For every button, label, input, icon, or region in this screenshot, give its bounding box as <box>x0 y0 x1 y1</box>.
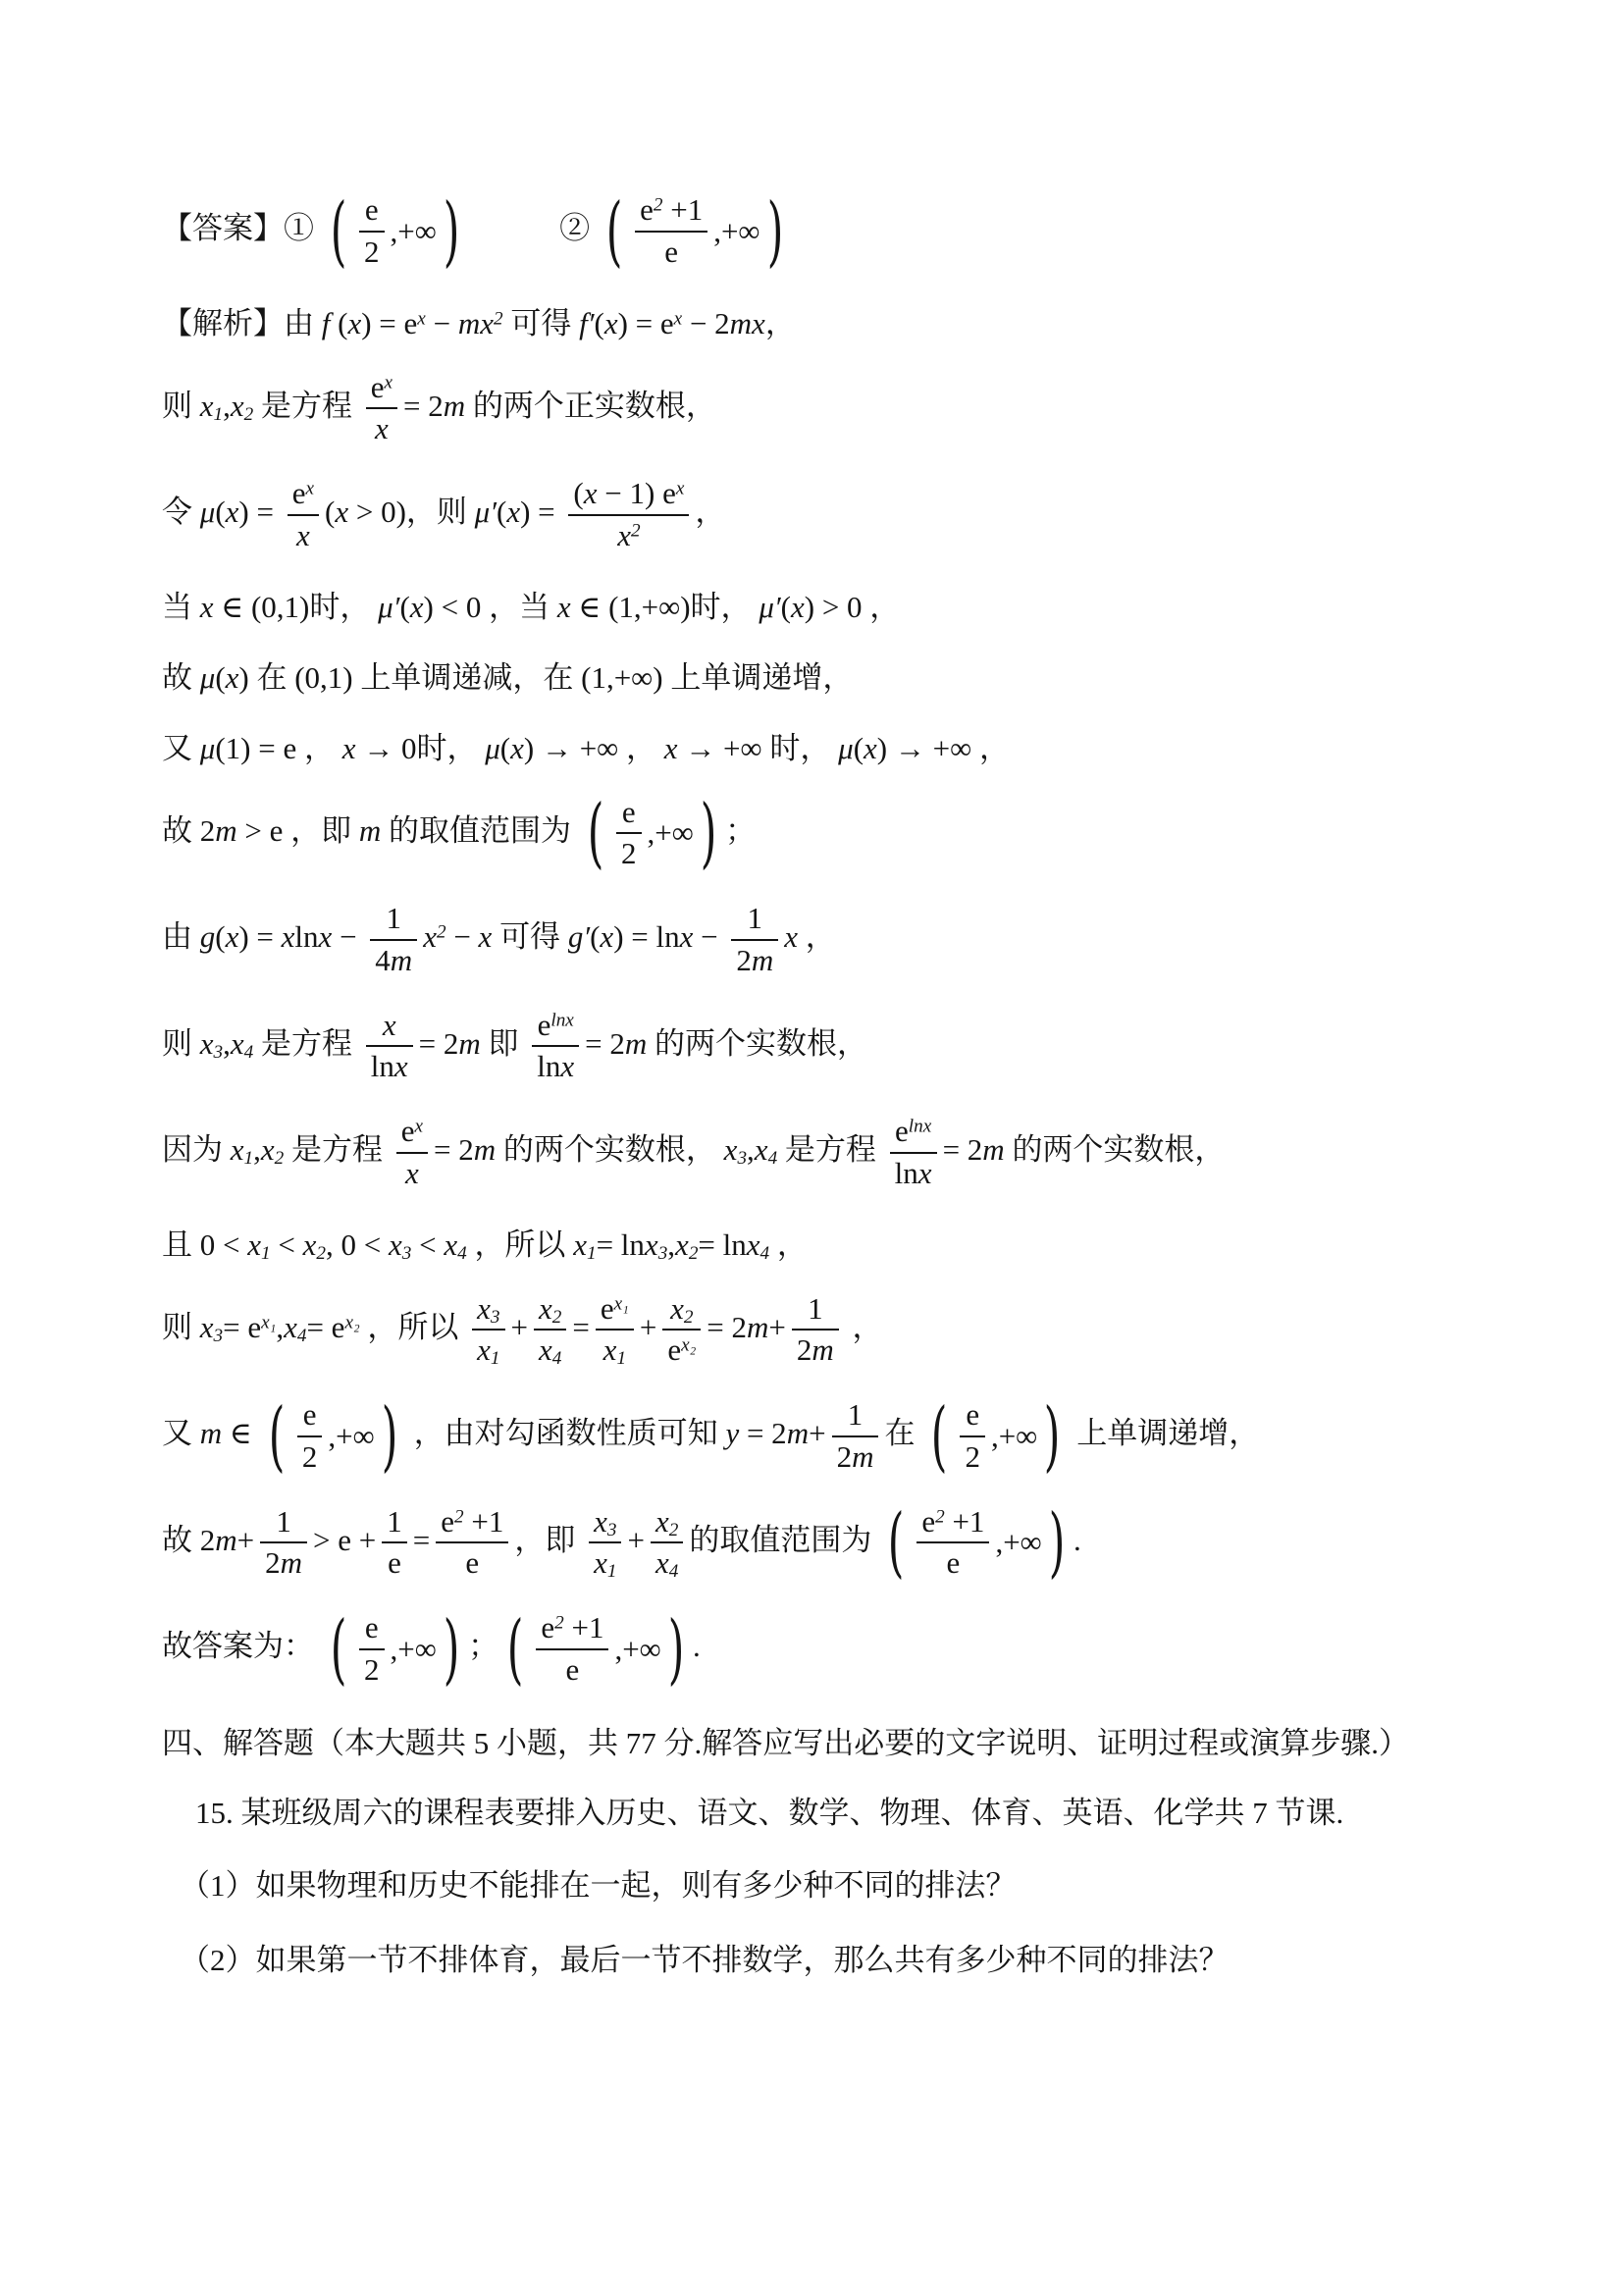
superscript: x <box>676 478 685 498</box>
math-variable: x <box>573 1227 587 1262</box>
math-text: ) = <box>520 495 562 529</box>
math-text: e <box>947 1545 961 1580</box>
superscript: 2 <box>494 308 503 329</box>
math-variable: x <box>200 1309 214 1343</box>
math-variable: x <box>296 518 310 552</box>
fraction: xlnx <box>366 1007 413 1087</box>
math-text: 2 <box>621 836 637 870</box>
math-text: ln <box>537 1049 560 1083</box>
fraction: e2 <box>359 191 385 272</box>
right-paren: ) <box>1049 1512 1066 1573</box>
math-variable: x <box>383 1008 396 1042</box>
math-text: 1 <box>808 1291 823 1326</box>
math-text: ( <box>594 306 603 340</box>
fraction: x3x1 <box>589 1503 621 1584</box>
fraction: elnxlnx <box>532 1007 579 1087</box>
math-variable: x <box>226 660 239 695</box>
math-text: 2 <box>364 1652 380 1687</box>
final-answer-line: 故答案为： (e2,+∞)；(e2 +1e,+∞). <box>162 1609 1458 1690</box>
math-variable: x <box>600 919 613 954</box>
math-text: 的两个实数根， <box>496 1132 724 1167</box>
subscript: 3 <box>658 1243 668 1264</box>
math-text: ) = <box>238 495 281 529</box>
math-text: ( <box>330 306 347 340</box>
math-text: ln <box>294 919 318 954</box>
subscript: 1 <box>244 1148 254 1169</box>
math-text: e <box>895 1114 909 1148</box>
math-variable: x <box>226 919 239 954</box>
math-text: = 2 <box>419 1025 459 1060</box>
subscript: 1 <box>587 1243 597 1264</box>
subscript: 3 <box>491 1307 500 1328</box>
subscript: 2 <box>552 1307 562 1328</box>
subscript: 3 <box>607 1520 617 1540</box>
fraction: e2 +1e <box>436 1503 508 1584</box>
subscript: 1 <box>607 1561 617 1582</box>
math-text: 的取值范围为 <box>689 1522 879 1556</box>
subscript: 4 <box>297 1326 307 1346</box>
math-text: e <box>921 1504 935 1539</box>
math-text: ,+∞ <box>391 214 437 249</box>
paren-content: e2,+∞ <box>610 794 694 874</box>
left-paren: ( <box>588 803 604 863</box>
math-variable: x <box>284 1309 297 1343</box>
problem-15-stem: 15. 某班级周六的课程表要排入历史、语文、数学、物理、体育、英语、化学共 7 … <box>195 1786 1458 1841</box>
left-paren: ( <box>268 1406 285 1467</box>
math-text: ,+∞ <box>391 1632 437 1667</box>
superscript: 2 <box>454 1506 464 1527</box>
math-text: e <box>538 1008 551 1042</box>
math-variable: m <box>787 1416 809 1450</box>
subscript: 3 <box>214 1326 224 1346</box>
subscript: 4 <box>768 1148 778 1169</box>
document-page: { "page": {"background": "#ffffff", "tex… <box>0 0 1623 2296</box>
math-text: ( <box>500 731 510 765</box>
superscript: 2 <box>437 921 446 942</box>
math-text: . <box>693 1629 701 1663</box>
math-text: e <box>388 1545 401 1580</box>
superscript: 2 <box>554 1612 564 1633</box>
math-text: ∈ <box>222 1416 259 1450</box>
math-text: 1 <box>848 1397 864 1432</box>
math-text: +1 <box>564 1610 604 1644</box>
math-text: ② <box>468 211 598 245</box>
math-text: 可得 <box>503 306 580 340</box>
math-text: ，所以 <box>467 1227 574 1262</box>
math-variable: m <box>359 812 381 847</box>
math-text: e <box>566 1652 580 1687</box>
math-variable: x <box>617 518 631 552</box>
math-text: , <box>747 1132 755 1167</box>
math-text: → 0时， <box>355 731 485 765</box>
math-text: ,+∞ <box>614 1632 660 1667</box>
left-paren: ( <box>507 1619 524 1680</box>
math-text: = e <box>223 1309 261 1343</box>
fraction: e2 +1e <box>916 1503 989 1584</box>
fraction: exx <box>366 369 397 449</box>
interval-paren-group: (e2,+∞) <box>324 191 466 272</box>
math-variable: x <box>226 495 239 529</box>
subscript: 1 <box>214 404 224 425</box>
math-variable: x <box>477 1291 491 1326</box>
fraction: 1e <box>382 1503 407 1584</box>
math-text: ， <box>798 919 836 954</box>
math-text: 故 <box>162 660 200 695</box>
subscript: 2 <box>244 404 254 425</box>
right-paren: ) <box>444 1619 460 1680</box>
math-variable: x <box>604 306 618 340</box>
math-variable: x <box>261 1132 275 1167</box>
math-text: = 2 <box>739 1416 786 1450</box>
subscript: 3 <box>737 1148 747 1169</box>
paren-content: e2,+∞ <box>954 1396 1037 1477</box>
solution-step-14: 故 2m+12m> e +1e=e2 +1e，即 x3x1+x2x4的取值范围为… <box>162 1503 1458 1584</box>
math-text: 则 <box>162 1025 200 1060</box>
math-text: e <box>465 1545 479 1580</box>
math-variable: x <box>560 1049 574 1083</box>
math-text: 1 <box>276 1504 291 1539</box>
subscript: 2 <box>275 1148 285 1169</box>
subscript: 4 <box>244 1042 254 1063</box>
math-variable: x <box>231 1132 244 1167</box>
math-text: 2 <box>302 1439 318 1474</box>
math-variable: x <box>410 590 424 624</box>
math-text: ，所以 <box>360 1309 467 1343</box>
fraction: e2 <box>616 794 642 874</box>
fraction: 12m <box>260 1503 307 1584</box>
math-variable: m <box>444 388 465 422</box>
fraction: 12m <box>731 900 778 980</box>
math-variable: x <box>918 1156 932 1190</box>
math-variable: x <box>477 1332 491 1367</box>
math-variable: m <box>391 943 412 977</box>
math-text: e <box>365 192 379 227</box>
fraction: x2x4 <box>651 1503 683 1584</box>
math-variable: mx <box>730 306 765 340</box>
math-variable: x <box>347 306 361 340</box>
math-text: 2 <box>837 1439 853 1474</box>
subscript: 1 <box>491 1348 500 1369</box>
math-text: ,+∞ <box>328 1419 374 1454</box>
math-text: ( <box>325 495 335 529</box>
solution-step-13: 又 m ∈ (e2,+∞) ，由对勾函数性质可知 y = 2m+12m在 (e2… <box>162 1396 1458 1477</box>
math-variable: m <box>458 1025 480 1060</box>
math-variable: x <box>784 919 798 954</box>
math-text: , <box>223 1025 231 1060</box>
subscript: 4 <box>552 1348 562 1369</box>
math-text: e <box>541 1610 554 1644</box>
math-text: 当 <box>162 590 200 624</box>
math-text: = e <box>306 1309 344 1343</box>
math-text: = 2 <box>434 1132 474 1167</box>
math-text: e <box>966 1397 979 1432</box>
math-variable: x <box>655 1504 669 1539</box>
interval-paren-group: (e2,+∞) <box>262 1396 404 1477</box>
math-text: 【解析】由 <box>162 306 322 340</box>
math-variable: x <box>864 731 877 765</box>
math-text: 1 <box>386 901 401 935</box>
math-text: ) > 0 ， <box>805 590 901 624</box>
math-text: 令 <box>162 495 200 529</box>
superscript: x₂ <box>681 1335 696 1356</box>
math-variable: m <box>215 812 236 847</box>
math-variable: x <box>200 590 214 624</box>
paren-content: e2 +1e,+∞ <box>911 1503 1041 1584</box>
math-text: ,+∞ <box>995 1525 1041 1560</box>
math-text: 由 <box>162 919 200 954</box>
math-text: = <box>413 1522 430 1556</box>
math-variable: m <box>281 1545 302 1580</box>
superscript: x <box>415 1116 424 1136</box>
math-variable: x <box>231 388 244 422</box>
solution-step-5: 故 μ(x) 在 (0,1) 上单调递减，在 (1,+∞) 上单调递增， <box>162 652 1458 697</box>
math-text: ， <box>695 495 725 529</box>
math-text: 上单调递增， <box>1070 1416 1260 1450</box>
math-text: − <box>426 306 458 340</box>
math-text: 2 <box>265 1545 281 1580</box>
math-text: ， <box>845 1309 883 1343</box>
math-variable: x <box>510 731 524 765</box>
fraction: e2 +1e <box>635 191 707 272</box>
math-text: 因为 <box>162 1132 231 1167</box>
math-variable: x <box>319 919 333 954</box>
math-text: 在 <box>884 1416 922 1450</box>
math-text: ， <box>765 306 796 340</box>
interval-paren-group: (e2,+∞) <box>324 1609 466 1690</box>
section-4-header: 四、解答题（本大题共 5 小题，共 77 分.解答应写出必要的文字说明、证明过程… <box>162 1716 1458 1771</box>
math-text: 的两个正实数根， <box>465 388 716 422</box>
right-paren: ) <box>1044 1406 1061 1467</box>
math-text: ( <box>497 495 506 529</box>
fraction: exx <box>396 1113 428 1193</box>
math-text: ，由对勾函数性质可知 <box>406 1416 726 1450</box>
right-paren: ) <box>381 1406 397 1467</box>
math-text: 1 <box>748 901 763 935</box>
math-text: − <box>332 919 364 954</box>
left-paren: ( <box>888 1512 905 1573</box>
math-variable: x <box>675 1227 689 1262</box>
math-text: ,+∞ <box>991 1419 1037 1454</box>
subscript: 3 <box>402 1243 412 1264</box>
math-variable: x <box>247 1227 261 1262</box>
math-variable: m <box>982 1132 1004 1167</box>
math-text: 又 <box>162 731 200 765</box>
math-text: 【答案】① <box>162 211 322 245</box>
fraction: 14m <box>370 900 417 980</box>
interval-paren-group: (e2,+∞) <box>581 794 723 874</box>
math-text: ln <box>895 1156 918 1190</box>
math-variable: x <box>200 1025 214 1060</box>
math-variable: x <box>231 1025 244 1060</box>
fraction: 12m <box>792 1290 839 1371</box>
superscript: lnx <box>909 1116 931 1136</box>
math-variable: x <box>584 476 598 510</box>
fraction: (x − 1) exx2 <box>568 475 689 555</box>
math-text: ln <box>371 1049 394 1083</box>
solution-step-3: 令 μ(x) = exx(x > 0)，则 μ′(x) = (x − 1) ex… <box>162 475 1458 555</box>
interval-paren-group: (e2 +1e,+∞) <box>881 1503 1072 1584</box>
math-text: +1 <box>464 1504 504 1539</box>
math-text: ,+∞ <box>648 815 694 851</box>
solution-step-8: 由 g(x) = xlnx − 14mx2 − x 可得 g′(x) = lnx… <box>162 900 1458 980</box>
math-text: , <box>223 388 231 422</box>
math-text: ； <box>468 1629 498 1663</box>
math-variable: m <box>474 1132 496 1167</box>
right-paren: ) <box>668 1619 685 1680</box>
math-variable: μ <box>200 731 216 765</box>
math-variable: x <box>645 1227 658 1262</box>
math-variable: m <box>752 943 773 977</box>
superscript: lnx <box>550 1010 573 1030</box>
interval-paren-group: (e2 +1e,+∞) <box>500 1609 691 1690</box>
math-text: 则 <box>162 1309 200 1343</box>
math-text: ( <box>215 919 225 954</box>
fraction: 12m <box>832 1396 879 1477</box>
math-text: 2 <box>965 1439 980 1474</box>
math-variable: μ <box>200 660 216 695</box>
math-text: + <box>640 1309 656 1343</box>
math-variable: m <box>215 1522 236 1556</box>
solution-step-11: 且 0 < x1 < x2, 0 < x3 < x4 ，所以 x1= lnx3,… <box>162 1220 1458 1264</box>
right-paren: ) <box>701 803 717 863</box>
fraction: e2 +1e <box>536 1609 608 1690</box>
math-variable: x <box>603 1332 617 1367</box>
math-text: = 2 <box>707 1309 747 1343</box>
interval-paren-group: (e2,+∞) <box>924 1396 1067 1477</box>
math-text: + <box>511 1309 528 1343</box>
math-variable: x <box>664 731 678 765</box>
solution-step-7: 故 2m > e ，即 m 的取值范围为 (e2,+∞)； <box>162 794 1458 874</box>
math-variable: m <box>852 1439 873 1474</box>
solution-step-4: 当 x ∈ (0,1)时， μ′(x) < 0 ，当 x ∈ (1,+∞)时， … <box>162 582 1458 626</box>
math-text: , <box>667 1227 675 1262</box>
superscript: 2 <box>631 520 641 541</box>
math-text: ( <box>781 590 791 624</box>
math-text: ，即 <box>514 1522 583 1556</box>
math-text: 2 <box>736 943 752 977</box>
math-text: e <box>601 1291 614 1326</box>
math-variable: x <box>479 919 493 954</box>
math-text: ， <box>769 1227 808 1262</box>
math-text: 1 <box>387 1504 402 1539</box>
math-text: e <box>441 1504 454 1539</box>
subscript: 2 <box>669 1520 679 1540</box>
math-text: +1 <box>662 192 703 227</box>
superscript: x₂ <box>344 1312 359 1332</box>
subscript: 2 <box>684 1307 694 1328</box>
math-text: e <box>371 370 385 404</box>
math-text: − 1) e <box>598 476 676 510</box>
math-text: 是方程 <box>284 1132 391 1167</box>
math-variable: x <box>303 1227 317 1262</box>
solution-step-2: 则 x1,x2 是方程 exx= 2m 的两个正实数根， <box>162 369 1458 449</box>
math-variable: g′ <box>568 919 590 954</box>
math-text: = ln <box>698 1227 746 1262</box>
fraction: e2 <box>960 1396 985 1477</box>
math-variable: μ <box>485 731 500 765</box>
solution-step-6: 又 μ(1) = e ， x → 0时， μ(x) → +∞ ， x → +∞ … <box>162 723 1458 767</box>
math-variable: μ′ <box>378 590 399 624</box>
math-text: ( <box>854 731 864 765</box>
subscript: 2 <box>689 1243 699 1264</box>
math-variable: x <box>670 1291 684 1326</box>
superscript: x <box>385 372 393 392</box>
math-text: − <box>446 919 479 954</box>
math-text: > 0)，则 <box>348 495 475 529</box>
math-variable: f′ <box>579 306 594 340</box>
math-text: ) → +∞ ， <box>524 731 664 765</box>
superscript: x <box>417 308 426 329</box>
math-text: 是方程 <box>253 388 360 422</box>
math-text: ( <box>399 590 409 624</box>
math-text: 故 2 <box>162 1522 215 1556</box>
math-text: 4 <box>375 943 391 977</box>
math-text: 2 <box>364 235 380 269</box>
fraction: x3x1 <box>472 1290 504 1371</box>
answer-line: 【答案】① (e2,+∞) ② (e2 +1e,+∞) <box>162 191 1458 272</box>
problem-15-part-2: （2）如果第一节不排体育，最后一节不排数学，那么共有多少种不同的排法？ <box>180 1933 1458 1988</box>
math-text: e <box>365 1610 379 1644</box>
superscript: x₁ <box>261 1312 276 1332</box>
math-variable: x <box>791 590 805 624</box>
math-text: = <box>572 1309 589 1343</box>
math-text: e <box>667 1332 681 1367</box>
math-text: e <box>664 235 678 269</box>
superscript: 2 <box>935 1506 945 1527</box>
document-content: 【答案】① (e2,+∞) ② (e2 +1e,+∞) 【解析】由 f (x) … <box>0 0 1623 1988</box>
paren-content: e2,+∞ <box>291 1396 375 1477</box>
interval-paren-group: (e2 +1e,+∞) <box>600 191 790 272</box>
math-variable: x <box>405 1156 419 1190</box>
math-text: 故答案为： <box>162 1629 322 1663</box>
math-variable: x <box>594 1504 607 1539</box>
subscript: 4 <box>669 1561 679 1582</box>
math-text: 的取值范围为 <box>381 812 579 847</box>
left-paren: ( <box>331 201 347 262</box>
math-variable: m <box>200 1416 222 1450</box>
math-text: , <box>276 1309 284 1343</box>
math-variable: x <box>444 1227 457 1262</box>
math-text: + <box>627 1522 644 1556</box>
math-text: ∈ (0,1)时， <box>214 590 379 624</box>
math-variable: m <box>747 1309 768 1343</box>
math-variable: x <box>747 1227 760 1262</box>
math-text: e <box>622 795 636 829</box>
math-variable: m <box>811 1332 833 1367</box>
math-text: 的两个实数根， <box>647 1025 867 1060</box>
math-variable: μ <box>838 731 854 765</box>
math-text: ∈ (1,+∞)时， <box>571 590 759 624</box>
analysis-line: 【解析】由 f (x) = ex − mx2 可得 f′(x) = ex − 2… <box>162 298 1458 342</box>
math-text: ) = e <box>618 306 674 340</box>
math-text: ) = ln <box>613 919 679 954</box>
math-text: + <box>237 1522 254 1556</box>
math-variable: x <box>389 1227 402 1262</box>
math-text: , 0 < <box>326 1227 389 1262</box>
math-variable: x <box>506 495 520 529</box>
math-text: = 2 <box>585 1025 625 1060</box>
math-text: e <box>401 1114 415 1148</box>
math-variable: x <box>755 1132 768 1167</box>
math-text: < <box>411 1227 444 1262</box>
math-variable: x <box>423 919 437 954</box>
subscript: 2 <box>316 1243 326 1264</box>
math-text: < <box>271 1227 303 1262</box>
math-text: > e + <box>313 1522 376 1556</box>
math-text: , <box>253 1132 261 1167</box>
math-variable: g <box>200 919 216 954</box>
math-variable: x <box>539 1332 552 1367</box>
